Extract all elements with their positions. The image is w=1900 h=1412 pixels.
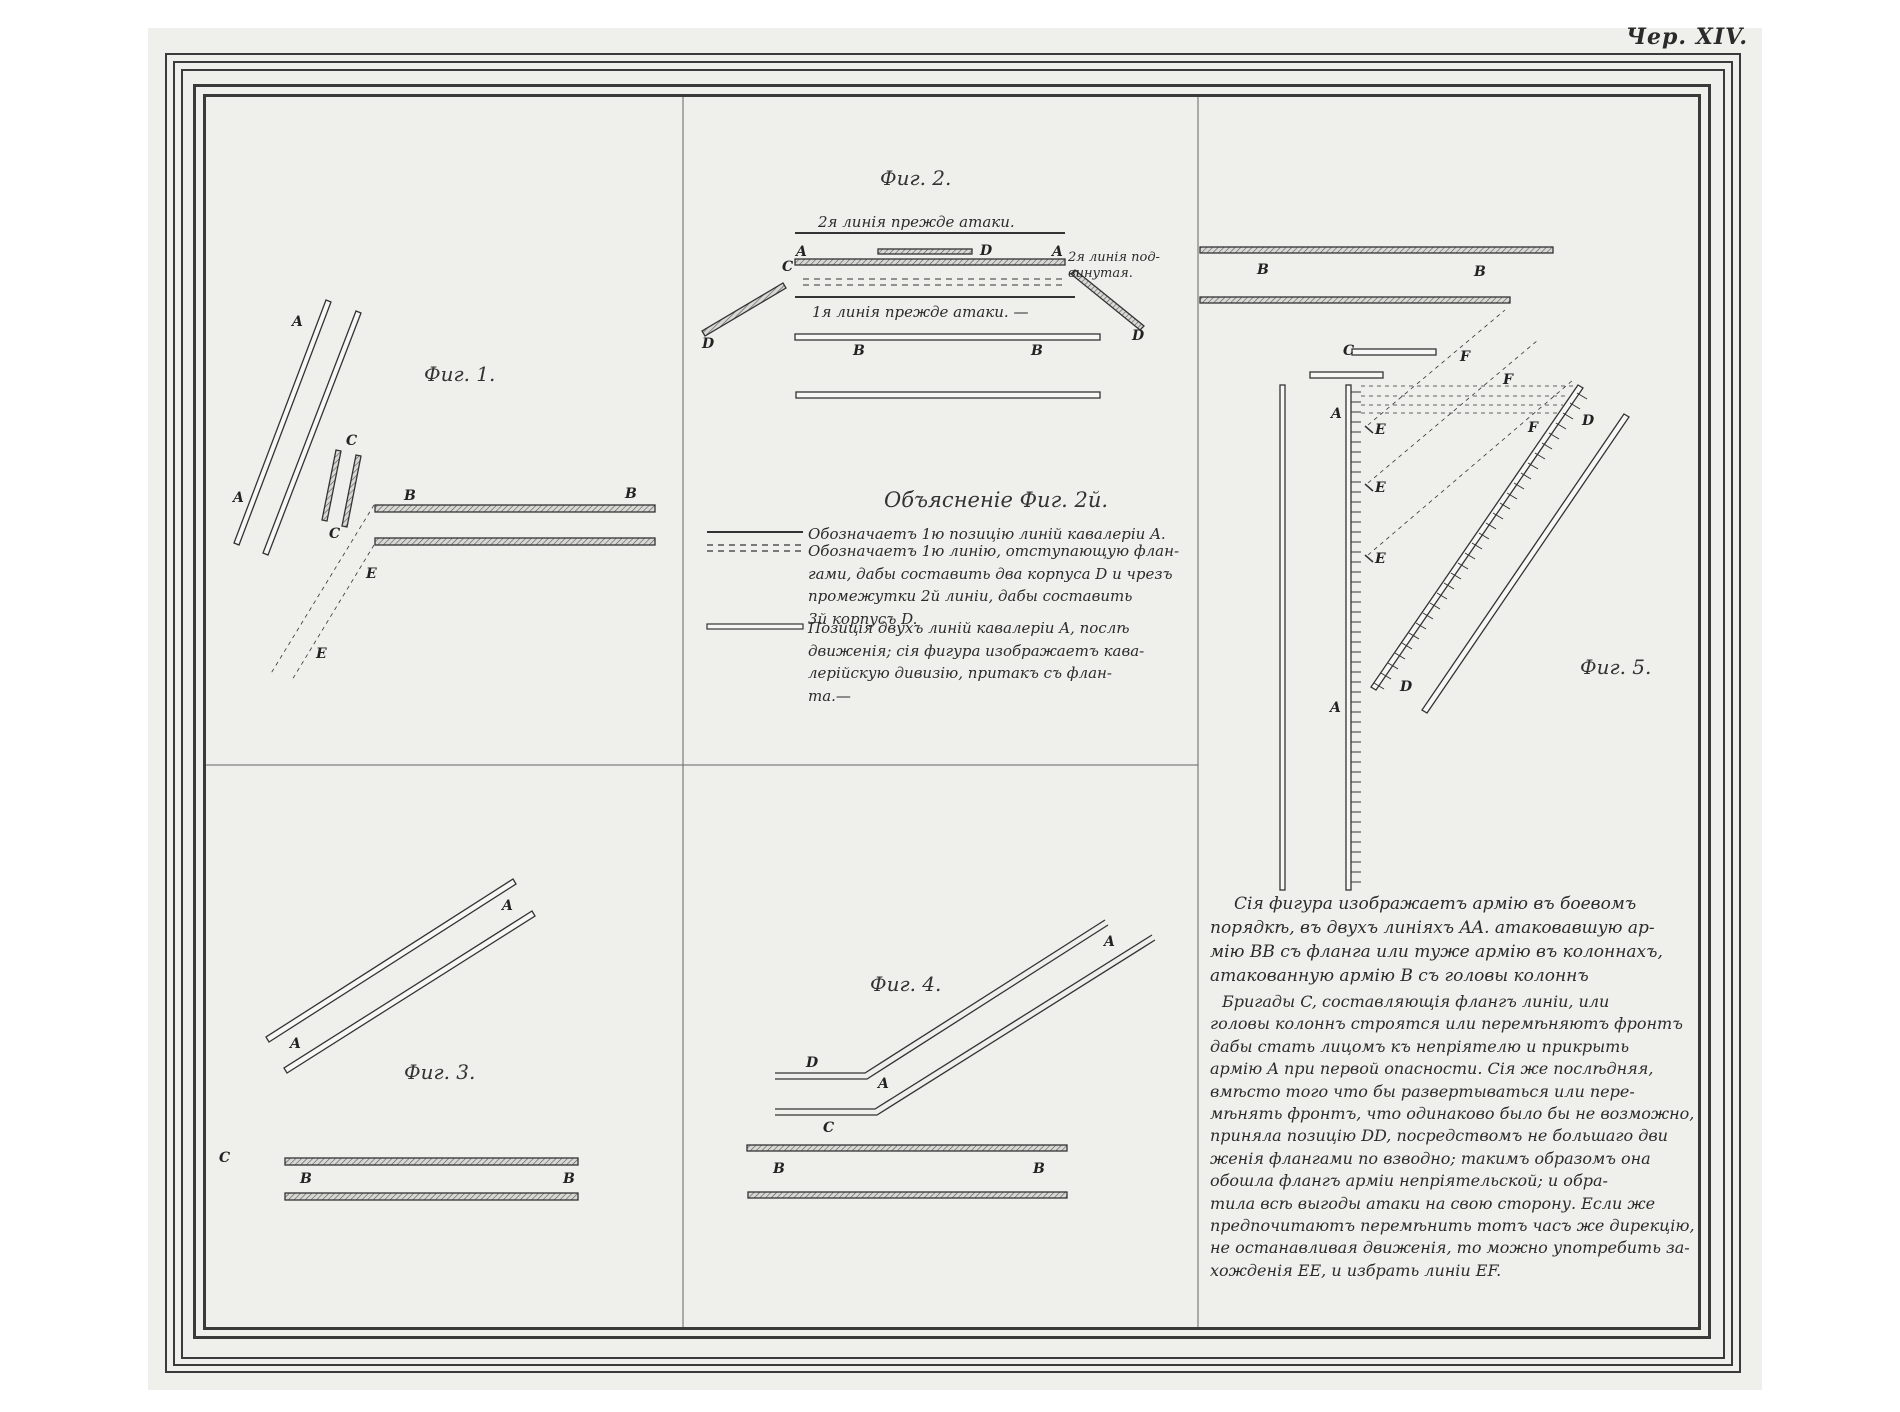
- fig2-first-line-before-attack-label: 1я линія прежде атаки. —: [812, 301, 1028, 324]
- fig2-letter-c: C: [782, 259, 793, 275]
- fig1-letter-b-right: B: [625, 486, 637, 502]
- fig2-letter-a-right: A: [1052, 244, 1063, 260]
- fig2-explanation-heading: Объясненіе Фиг. 2й.: [884, 488, 1108, 512]
- fig4-letter-a-top: A: [1104, 934, 1115, 950]
- fig5-letter-f1: F: [1460, 349, 1470, 365]
- fig5-diagram: [1200, 247, 1629, 890]
- fig5-letter-b-left: B: [1257, 262, 1269, 278]
- fig1-letter-e-bottom: E: [316, 646, 327, 662]
- fig2-letter-d-right: D: [1132, 328, 1144, 344]
- fig2-explanation-entry-3: Позиція двухъ линій кавалеріи A, послѣ д…: [808, 617, 1144, 707]
- fig2-letter-b-right: B: [1031, 343, 1043, 359]
- fig5-description-paragraph-2: Бригады C, составляющія флангъ линіи, ил…: [1210, 991, 1695, 1282]
- fig5-letter-b-right: B: [1474, 264, 1486, 280]
- fig5-letter-e3: E: [1375, 551, 1386, 567]
- fig3-letter-b-right: B: [563, 1171, 575, 1187]
- fig5-letter-f2: F: [1503, 372, 1513, 388]
- fig3-diagram: [266, 879, 578, 1200]
- fig3-letter-b-left: B: [300, 1171, 312, 1187]
- fig5-letter-f3: F: [1528, 420, 1538, 436]
- fig2-letter-a-left: A: [796, 244, 807, 260]
- fig5-description-paragraph-1: Сія фигура изображаетъ армію въ боевомъ …: [1210, 892, 1663, 989]
- fig1-letter-b-left: B: [404, 488, 416, 504]
- fig5-letter-a-bottom: A: [1330, 700, 1341, 716]
- fig5-letter-c: C: [1343, 343, 1354, 359]
- legend-samples: [707, 532, 803, 629]
- fig3-letter-c: C: [219, 1150, 230, 1166]
- fig5-letter-a-top: A: [1331, 406, 1342, 422]
- fig4-letter-c: C: [823, 1120, 834, 1136]
- fig3-label: Фиг. 3.: [404, 1060, 475, 1084]
- fig1-letter-c-top: C: [346, 433, 357, 449]
- fig1-letter-c-bottom: C: [329, 526, 340, 542]
- fig2-label: Фиг. 2.: [880, 166, 951, 190]
- fig2-letter-d-left: D: [702, 336, 714, 352]
- fig2-letter-d-top: D: [980, 243, 992, 259]
- fig5-label: Фиг. 5.: [1580, 655, 1651, 679]
- fig4-letter-d: D: [806, 1055, 818, 1071]
- engraved-plate: Чер. XIV.: [0, 0, 1900, 1412]
- fig1-letter-a-bottom: A: [233, 490, 244, 506]
- fig5-letter-e1: E: [1375, 422, 1386, 438]
- fig4-letter-b-right: B: [1033, 1161, 1045, 1177]
- fig5-letter-e2: E: [1375, 480, 1386, 496]
- fig4-letter-b-left: B: [773, 1161, 785, 1177]
- fig2-letter-b-left: B: [853, 343, 865, 359]
- fig4-label: Фиг. 4.: [870, 972, 941, 996]
- fig1-label: Фиг. 1.: [424, 362, 495, 386]
- fig5-letter-d-top: D: [1582, 413, 1594, 429]
- fig4-letter-a-mid: A: [878, 1076, 889, 1092]
- fig3-letter-a-top: A: [502, 898, 513, 914]
- fig1-letter-a-top: A: [292, 314, 303, 330]
- panel-dividers: [206, 97, 1198, 1327]
- fig3-letter-a-bottom: A: [290, 1036, 301, 1052]
- fig1-letter-e-top: E: [366, 566, 377, 582]
- fig1-diagram: [234, 300, 655, 680]
- fig2-second-line-before-attack-label: 2я линія прежде атаки.: [818, 211, 1015, 234]
- fig2-second-line-advanced-label: 2я линія под- винутая.: [1068, 250, 1188, 283]
- fig5-letter-d-bottom: D: [1400, 679, 1412, 695]
